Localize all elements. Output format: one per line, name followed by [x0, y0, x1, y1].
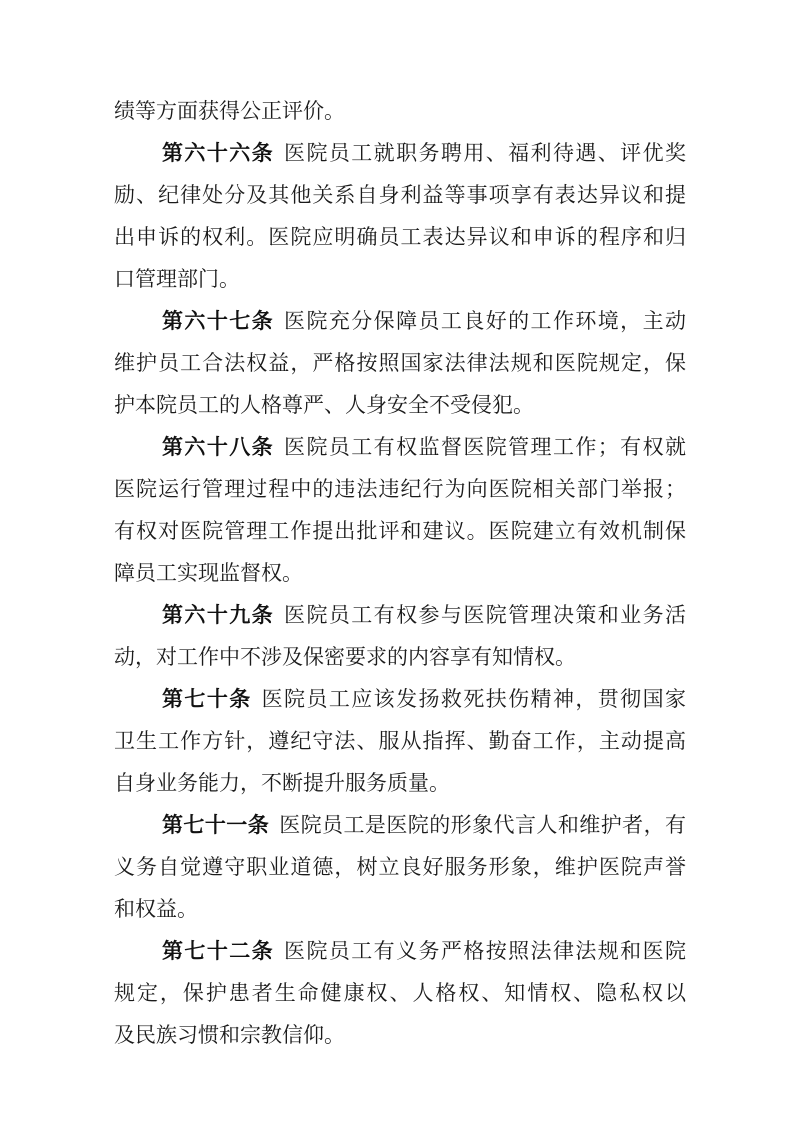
article-first-line: 第七十条医院员工应该发扬救死扶伤精神，贯彻国家: [114, 678, 686, 720]
document-page: 绩等方面获得公正评价。 第六十六条医院员工就职务聘用、福利待遇、评优奖 励、纪律…: [0, 0, 793, 1122]
article-line: 医院员工有权监督医院管理工作；有权就: [284, 435, 686, 459]
article-first-line: 第七十二条医院员工有义务严格按照法律法规和医院: [114, 930, 686, 972]
article-line: 医院员工应该发扬救死扶伤精神，贯彻国家: [262, 687, 686, 711]
document-body: 绩等方面获得公正评价。 第六十六条医院员工就职务聘用、福利待遇、评优奖 励、纪律…: [114, 90, 686, 1056]
article-number: 第七十一条: [162, 814, 269, 837]
article-67: 第六十七条医院充分保障员工良好的工作环境，主动 维护员工合法权益，严格按照国家法…: [114, 300, 686, 426]
article-first-line: 第六十六条医院员工就职务聘用、福利待遇、评优奖: [114, 132, 686, 174]
article-first-line: 第六十七条医院充分保障员工良好的工作环境，主动: [114, 300, 686, 342]
article-line: 及民族习惯和宗教信仰。: [114, 1014, 686, 1056]
article-number: 第六十六条: [162, 142, 274, 165]
article-line: 规定，保护患者生命健康权、人格权、知情权、隐私权以: [114, 972, 686, 1014]
article-66: 第六十六条医院员工就职务聘用、福利待遇、评优奖 励、纪律处分及其他关系自身利益等…: [114, 132, 686, 300]
article-line: 医院员工有权参与医院管理决策和业务活: [284, 603, 686, 627]
article-line: 障员工实现监督权。: [114, 552, 686, 594]
article-69: 第六十九条医院员工有权参与医院管理决策和业务活 动，对工作中不涉及保密要求的内容…: [114, 594, 686, 678]
article-line: 医院员工就职务聘用、福利待遇、评优奖: [284, 141, 686, 165]
article-first-line: 第六十八条医院员工有权监督医院管理工作；有权就: [114, 426, 686, 468]
article-71: 第七十一条医院员工是医院的形象代言人和维护者，有 义务自觉遵守职业道德，树立良好…: [114, 804, 686, 930]
article-line: 励、纪律处分及其他关系自身利益等事项享有表达异议和提: [114, 174, 686, 216]
continuation-line: 绩等方面获得公正评价。: [114, 90, 686, 132]
article-line: 医院员工是医院的形象代言人和维护者，有: [279, 813, 686, 837]
article-number: 第七十二条: [162, 940, 274, 963]
article-line: 口管理部门。: [114, 258, 686, 300]
article-70: 第七十条医院员工应该发扬救死扶伤精神，贯彻国家 卫生工作方针，遵纪守法、服从指挥…: [114, 678, 686, 804]
article-line: 医院充分保障员工良好的工作环境，主动: [284, 309, 686, 333]
article-line: 有权对医院管理工作提出批评和建议。医院建立有效机制保: [114, 510, 686, 552]
article-72: 第七十二条医院员工有义务严格按照法律法规和医院 规定，保护患者生命健康权、人格权…: [114, 930, 686, 1056]
article-number: 第六十八条: [162, 436, 274, 459]
article-number: 第七十条: [162, 688, 252, 711]
article-line: 卫生工作方针，遵纪守法、服从指挥、勤奋工作，主动提高: [114, 720, 686, 762]
article-line: 和权益。: [114, 888, 686, 930]
article-line: 动，对工作中不涉及保密要求的内容享有知情权。: [114, 636, 686, 678]
article-line: 义务自觉遵守职业道德，树立良好服务形象，维护医院声誉: [114, 846, 686, 888]
article-first-line: 第七十一条医院员工是医院的形象代言人和维护者，有: [114, 804, 686, 846]
article-number: 第六十七条: [162, 310, 274, 333]
article-line: 医院运行管理过程中的违法违纪行为向医院相关部门举报；: [114, 468, 686, 510]
article-line: 出申诉的权利。医院应明确员工表达异议和申诉的程序和归: [114, 216, 686, 258]
article-line: 护本院员工的人格尊严、人身安全不受侵犯。: [114, 384, 686, 426]
article-line: 自身业务能力，不断提升服务质量。: [114, 762, 686, 804]
article-first-line: 第六十九条医院员工有权参与医院管理决策和业务活: [114, 594, 686, 636]
article-line: 维护员工合法权益，严格按照国家法律法规和医院规定，保: [114, 342, 686, 384]
article-line: 医院员工有义务严格按照法律法规和医院: [284, 939, 686, 963]
article-68: 第六十八条医院员工有权监督医院管理工作；有权就 医院运行管理过程中的违法违纪行为…: [114, 426, 686, 594]
article-number: 第六十九条: [162, 604, 274, 627]
